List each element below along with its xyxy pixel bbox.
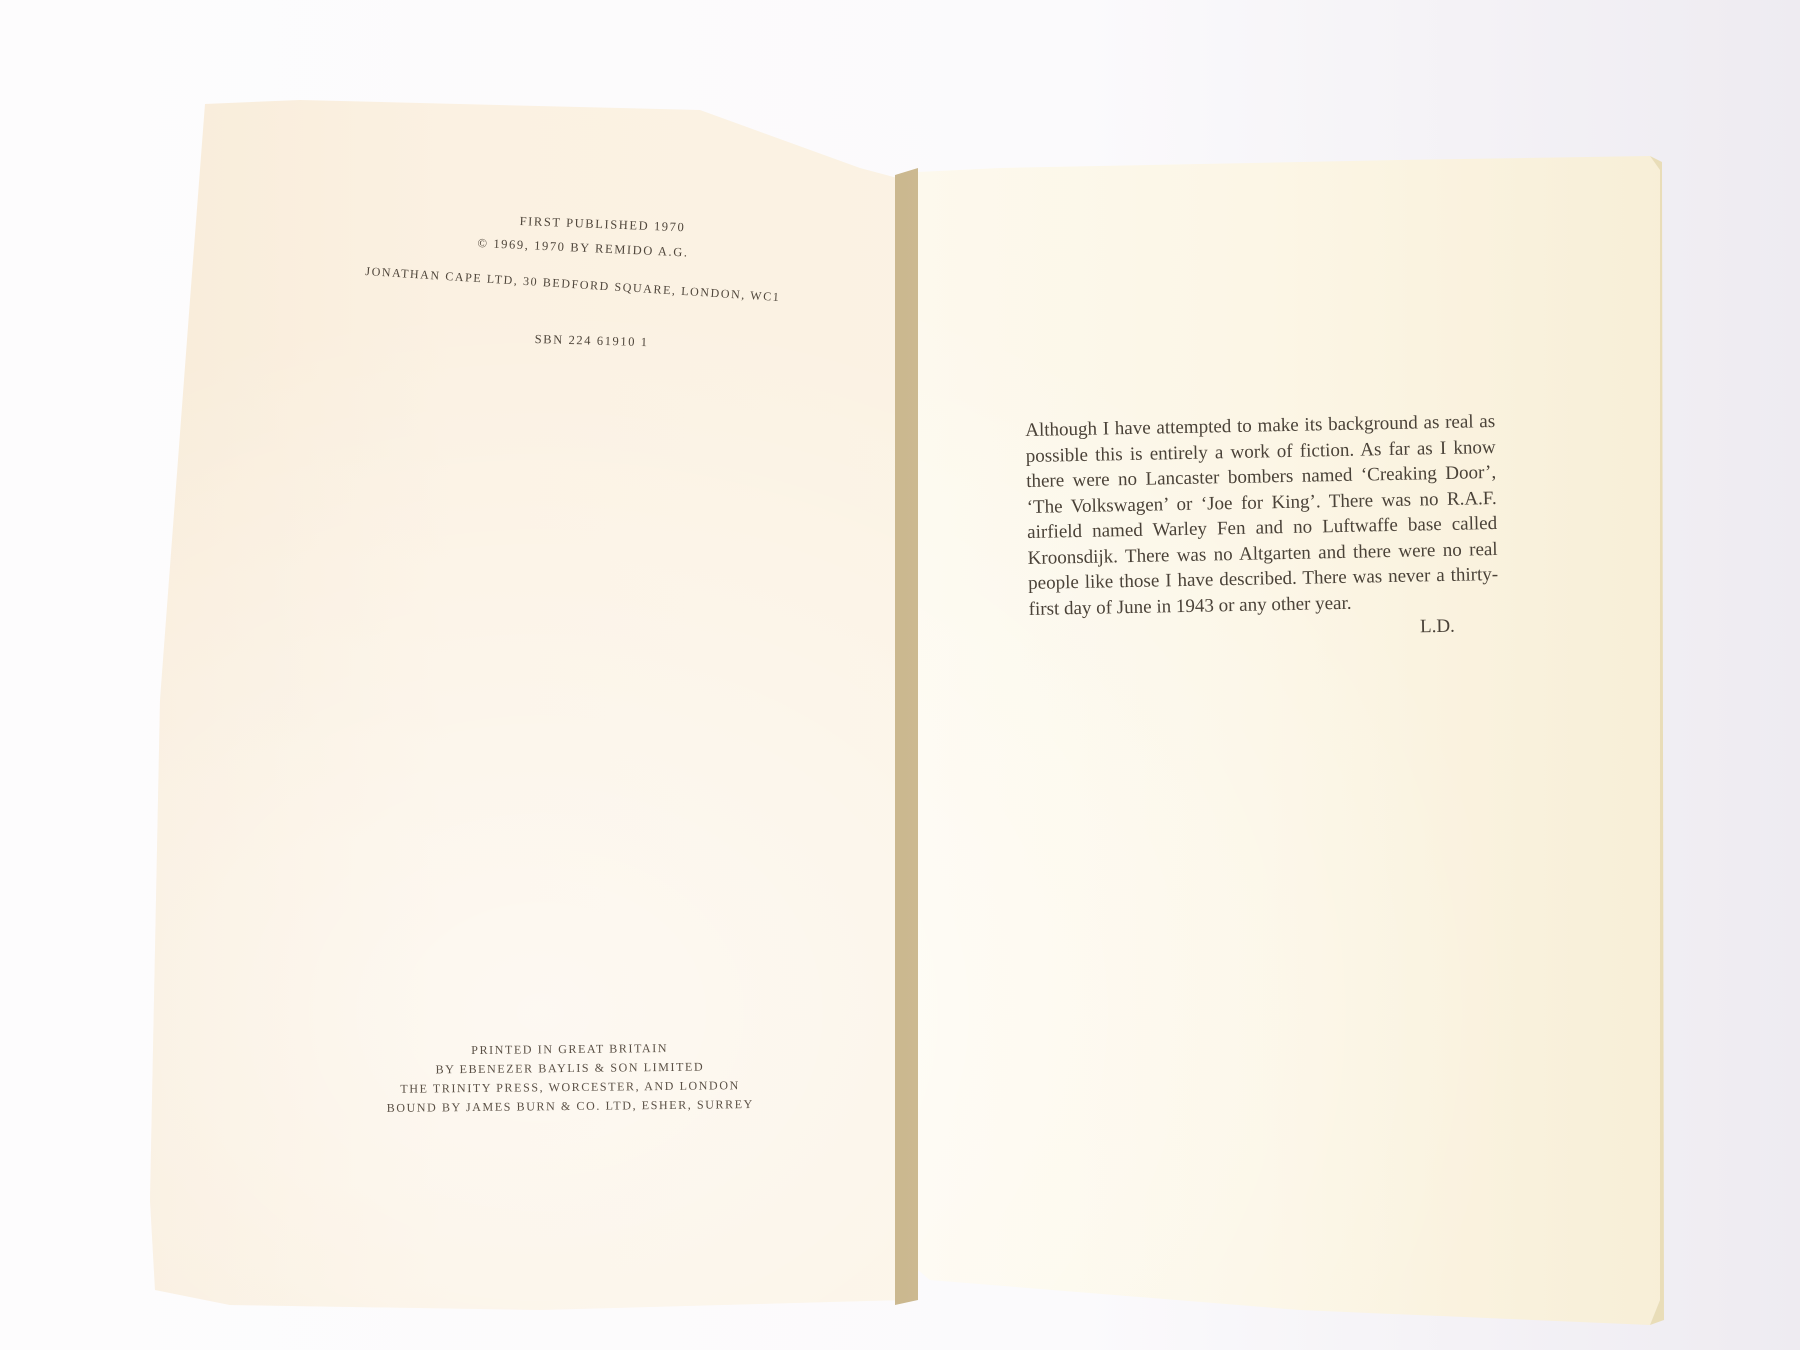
open-book: First published 1970 © 1969, 1970 by Rem… — [0, 0, 1800, 1350]
author-note: Although I have attempted to make its ba… — [1025, 409, 1499, 622]
author-note-paragraph: Although I have attempted to make its ba… — [1025, 409, 1499, 622]
author-signature: L.D. — [1420, 616, 1455, 639]
right-page-text: Although I have attempted to make its ba… — [0, 0, 1800, 1350]
